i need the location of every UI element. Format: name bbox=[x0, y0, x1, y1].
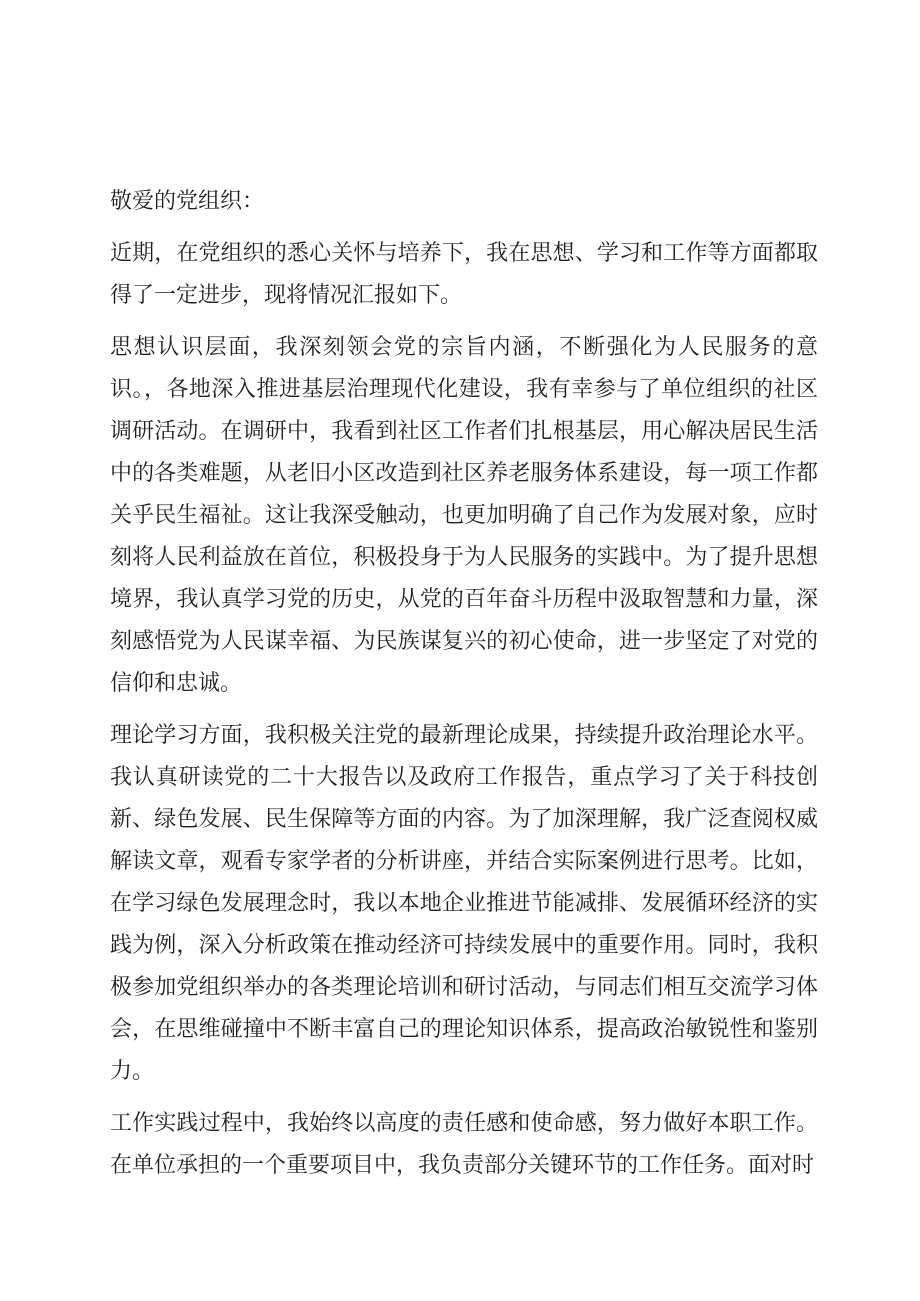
paragraph-intro: 近期，在党组织的悉心关怀与培养下，我在思想、学习和工作等方面都取得了一定进步，现… bbox=[110, 233, 818, 317]
document-page: 敬爱的党组织： 近期，在党组织的悉心关怀与培养下，我在思想、学习和工作等方面都取… bbox=[0, 0, 920, 1301]
paragraph-theory-study: 理论学习方面，我积极关注党的最新理论成果，持续提升政治理论水平。我认真研读党的二… bbox=[110, 715, 818, 1093]
salutation: 敬爱的党组织： bbox=[110, 181, 818, 223]
paragraph-work-practice: 工作实践过程中，我始终以高度的责任感和使命感，努力做好本职工作。在单位承担的一个… bbox=[110, 1103, 818, 1187]
document-text-block: 敬爱的党组织： 近期，在党组织的悉心关怀与培养下，我在思想、学习和工作等方面都取… bbox=[110, 181, 818, 1197]
paragraph-ideology: 思想认识层面，我深刻领会党的宗旨内涵，不断强化为人民服务的意识。，各地深入推进基… bbox=[110, 327, 818, 705]
